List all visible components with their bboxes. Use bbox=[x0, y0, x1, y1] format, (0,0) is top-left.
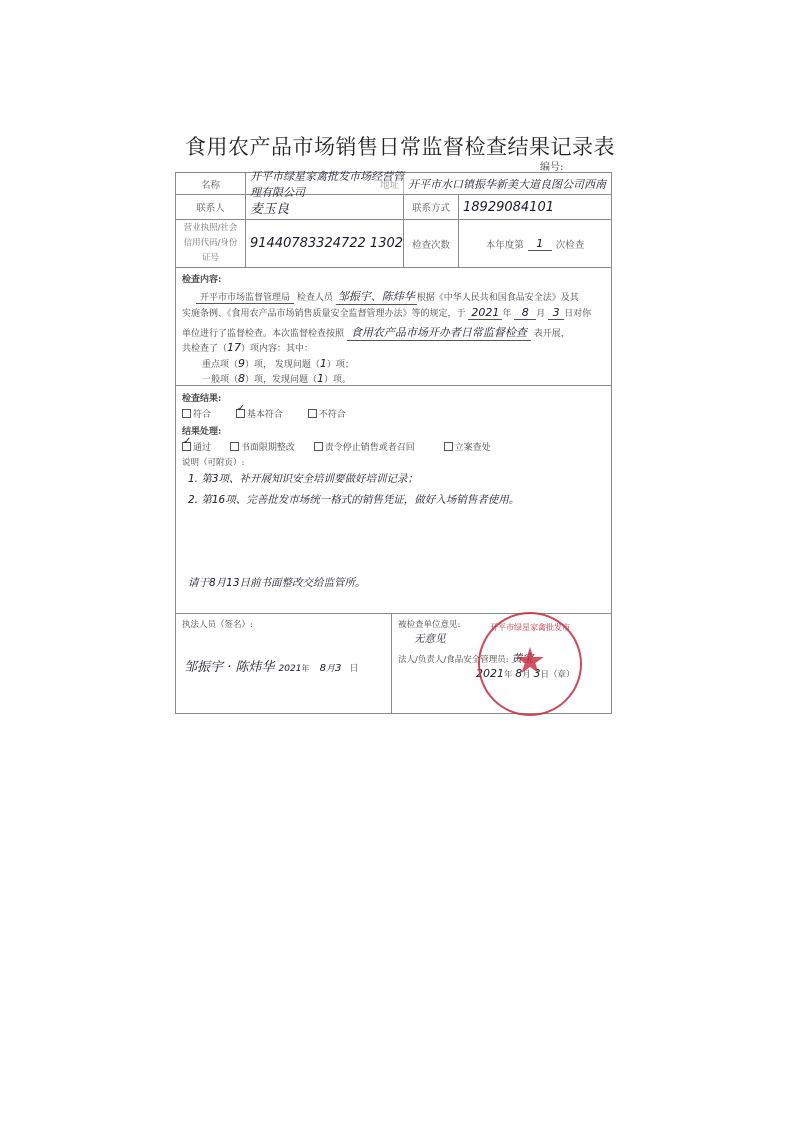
inspection-key-items: 重点项（9）项， 发现问题（1）项； bbox=[202, 357, 607, 370]
star-icon: ★ bbox=[480, 642, 580, 682]
contact-value: 麦玉良 bbox=[246, 195, 404, 219]
note-item-1: 1. 第3项、补开展知识安全培训要做好培训记录； bbox=[188, 471, 418, 486]
inspection-line-3: 单位进行了监督检查。本次监督检查按照 食用农产品市场开办者日常监督检查 表开展， bbox=[182, 324, 607, 341]
agency: 开平市市场监督管理局 bbox=[196, 290, 294, 304]
inspected-opinion: 无意见 bbox=[414, 631, 446, 646]
inspection-year: 2021 bbox=[468, 306, 502, 320]
checkbox-icon[interactable] bbox=[444, 442, 453, 451]
inspection-section: 检查内容: 开平市市场监督管理局 检查人员 邹振宇、陈炜华根据《中华人民共和国食… bbox=[176, 268, 611, 386]
inspection-day: 3 bbox=[548, 306, 564, 320]
handling-options: 通过 书面限期整改 责令停止销售或者召回 立案查处 bbox=[182, 440, 607, 453]
total-items: 17 bbox=[227, 341, 241, 354]
result-option-basic-comply[interactable]: 基本符合 bbox=[236, 407, 283, 420]
row-license: 营业执照/社会 信用代码/身份 证号 91440783324722 1302 检… bbox=[176, 220, 611, 268]
inspection-heading: 检查内容: bbox=[182, 272, 221, 285]
license-label: 营业执照/社会 信用代码/身份 证号 bbox=[176, 220, 246, 267]
contact-label: 联系人 bbox=[176, 195, 246, 219]
inspection-general-items: 一般项（8）项，发现问题（1）项。 bbox=[202, 372, 607, 385]
note-deadline: 请于8月13日前书面整改交给监管所。 bbox=[188, 575, 366, 590]
handling-option-rectify[interactable]: 书面限期整改 bbox=[230, 440, 295, 453]
key-items: 9 bbox=[238, 357, 245, 370]
phone-label: 联系方式 bbox=[404, 195, 459, 219]
seal-text: 开平市绿星家禽批发市 bbox=[480, 622, 580, 633]
address-label: 地址 bbox=[340, 173, 404, 194]
row-name: 名称 开平市绿星家禽批发市场经营管理有限公司 地址 开平市水口镇振华新美大道良图… bbox=[176, 173, 611, 195]
general-items: 8 bbox=[238, 372, 245, 385]
inspection-month: 8 bbox=[514, 306, 536, 320]
inspectors: 邹振宇、陈炜华 bbox=[336, 288, 417, 305]
result-option-comply[interactable]: 符合 bbox=[182, 407, 211, 420]
checkbox-checked-icon[interactable] bbox=[182, 442, 191, 451]
checkbox-icon[interactable] bbox=[314, 442, 323, 451]
handling-option-file-case[interactable]: 立案查处 bbox=[444, 440, 491, 453]
name-label: 名称 bbox=[176, 173, 246, 194]
checkbox-icon[interactable] bbox=[230, 442, 239, 451]
document-title: 食用农产品市场销售日常监督检查结果记录表 bbox=[0, 131, 800, 161]
result-options: 符合 基本符合 不符合 bbox=[182, 407, 607, 420]
handling-option-pass[interactable]: 通过 bbox=[182, 440, 211, 453]
result-heading: 检查结果: bbox=[182, 391, 221, 404]
serial-number: 编号: bbox=[540, 158, 563, 173]
license-value: 91440783324722 1302 bbox=[246, 220, 404, 267]
result-section: 检查结果: 符合 基本符合 不符合 结果处理: 通过 书面限期整改 责令停止销售… bbox=[176, 386, 611, 614]
result-option-not-comply[interactable]: 不符合 bbox=[308, 407, 346, 420]
checkbox-icon[interactable] bbox=[308, 409, 317, 418]
count-label: 检查次数 bbox=[404, 220, 459, 267]
handling-option-stop-sales[interactable]: 责令停止销售或者召回 bbox=[314, 440, 415, 453]
inspection-line-2: 实施条例、《食用农产品市场销售质量安全监督管理办法》等的规定，于 2021年 8… bbox=[182, 306, 607, 320]
note-item-2: 2. 第16项、完善批发市场统一格式的销售凭证，做好入场销售者使用。 bbox=[188, 492, 519, 507]
checkbox-checked-icon[interactable] bbox=[236, 409, 245, 418]
notes-heading: 说明（可附页）: bbox=[182, 456, 607, 468]
inspection-total: 共检查了（17）项内容：其中： bbox=[182, 341, 607, 354]
general-issues: 1 bbox=[317, 372, 324, 385]
checklist-name: 食用农产品市场开办者日常监督检查 bbox=[347, 324, 531, 341]
address-value: 开平市水口镇振华新美大道良图公司西南 bbox=[404, 173, 611, 194]
key-issues: 1 bbox=[320, 357, 327, 370]
enforcer-signature: 邹振宇 · 陈炜华 2021年 8月3 日 bbox=[184, 656, 359, 675]
inspection-line-1: 开平市市场监督管理局 检查人员 邹振宇、陈炜华根据《中华人民共和国食品安全法》及… bbox=[196, 288, 607, 305]
company-seal: ★ 开平市绿星家禽批发市 bbox=[478, 612, 582, 716]
phone-value: 18929084101 bbox=[459, 195, 611, 219]
count-value-cell: 本年度第 1 次检查 bbox=[459, 220, 611, 267]
checkbox-icon[interactable] bbox=[182, 409, 191, 418]
row-contact: 联系人 麦玉良 联系方式 18929084101 bbox=[176, 195, 611, 220]
count-value: 1 bbox=[528, 237, 552, 251]
